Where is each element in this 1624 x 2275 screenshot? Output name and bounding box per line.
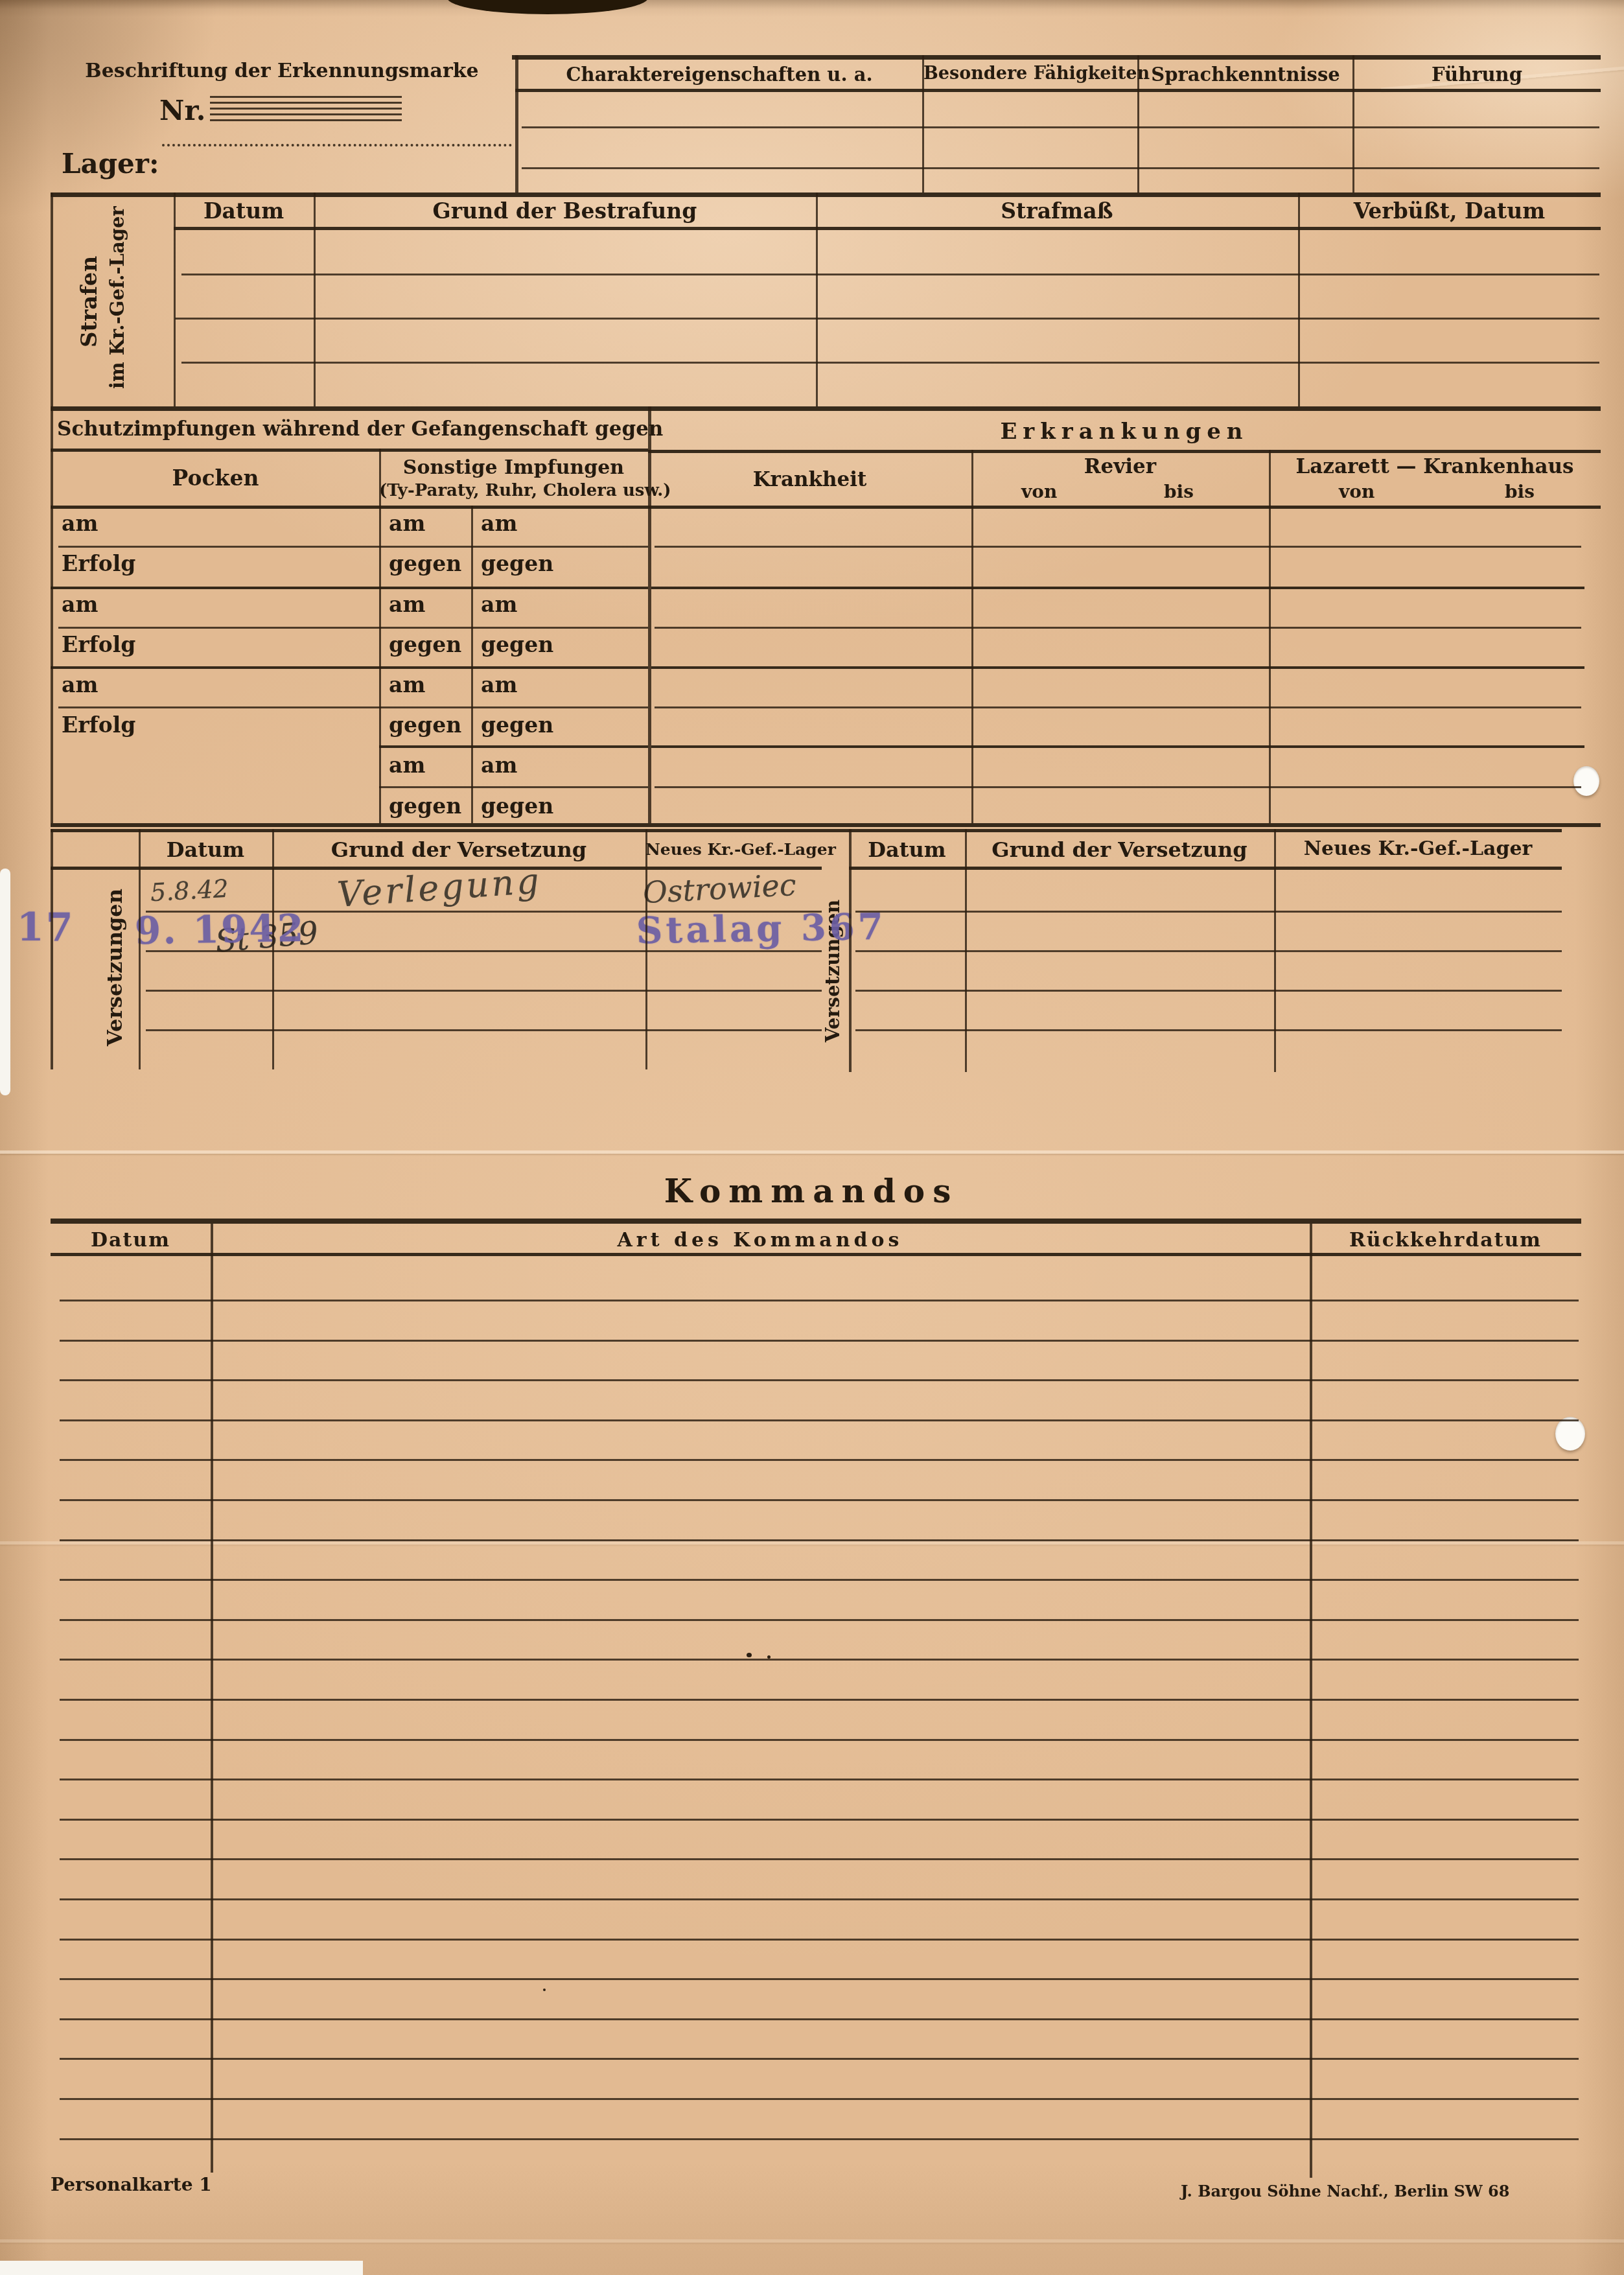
- rule-line: [51, 192, 1601, 197]
- idbox-nr-label: Nr.: [159, 95, 205, 126]
- rule-line: [655, 546, 1581, 548]
- rule-line: [60, 1939, 1579, 1941]
- rule-line: [181, 362, 1599, 364]
- rule-line: [965, 829, 967, 1072]
- vaccination-row-label: Erfolg: [62, 632, 135, 657]
- rule-line: [471, 506, 473, 823]
- rule-line: [314, 192, 316, 406]
- rule-line: [51, 867, 822, 870]
- rule-line: [60, 1699, 1579, 1701]
- vaccination-row-label: gegen: [481, 793, 553, 819]
- rule-line: [60, 1379, 1579, 1381]
- ink-speck: [543, 1989, 546, 1991]
- rule-line: [655, 786, 1581, 788]
- rule-line: [1298, 192, 1300, 406]
- rule-line: [60, 1898, 1579, 1900]
- vaccination-row-label: am: [481, 672, 517, 697]
- rule-line: [651, 587, 1584, 589]
- rule-line: [922, 55, 924, 192]
- stamp-date-rest: 9. 1942: [134, 906, 305, 953]
- kommandos-col-rueckkehr: Rückkehrdatum: [1310, 1229, 1581, 1252]
- traits-col-sprachen: Sprachkenntnisse: [1139, 64, 1352, 86]
- rule-line: [515, 55, 518, 192]
- rule-line: [211, 1224, 213, 2173]
- rule-line: [174, 227, 1601, 230]
- impfungen-col-sonstige-1: Sonstige Impfungen: [379, 456, 648, 479]
- rule-line: [58, 627, 648, 629]
- rule-line: [60, 1419, 1579, 1421]
- versetzungen-r-col-grund: Grund der Versetzung: [965, 837, 1274, 862]
- ink-speck: [747, 1653, 752, 1657]
- vaccination-row-label: am: [481, 511, 517, 536]
- traits-col-fuehrung: Führung: [1354, 64, 1600, 86]
- rule-line: [60, 1459, 1579, 1461]
- rule-line: [60, 1659, 1579, 1661]
- traits-col-faehigkeiten: Besondere Fähigkeiten: [923, 64, 1137, 84]
- rule-line: [849, 867, 1562, 870]
- rule-line: [60, 1300, 1579, 1301]
- vaccination-row-label: am: [481, 592, 517, 617]
- personalkarte-scan: Beschriftung der Erkennungsmarke Nr. Lag…: [0, 0, 1624, 2275]
- idbox-title: Beschriftung der Erkennungsmarke: [71, 60, 493, 82]
- impfungen-title: Schutzimpfungen während der Gefangenscha…: [57, 417, 640, 441]
- rule-line: [651, 745, 1584, 748]
- rule-line: [60, 1978, 1579, 1980]
- rule-line: [60, 1739, 1579, 1741]
- rule-line: [855, 990, 1562, 992]
- vaccination-row-label: am: [62, 592, 98, 617]
- rule-line: [1269, 450, 1271, 823]
- strafen-side-label: Strafen im Kr.-Gef.-Lager: [76, 214, 128, 389]
- rule-line: [522, 167, 1599, 169]
- vaccination-row-label: am: [389, 672, 425, 697]
- rule-line: [1310, 1224, 1312, 2178]
- vaccination-row-label: am: [481, 752, 517, 778]
- strafen-side-label-line1: Strafen: [76, 214, 102, 389]
- strafen-col-datum: Datum: [174, 198, 314, 224]
- scan-edge-gap: [0, 869, 10, 1095]
- vaccination-row-label: am: [389, 592, 425, 617]
- rule-line: [1137, 55, 1139, 192]
- rule-line: [855, 950, 1562, 952]
- rule-line: [379, 786, 648, 788]
- rule-line: [1352, 55, 1354, 192]
- handwriting-datum: 5.8.42: [150, 874, 229, 907]
- vaccination-row-label: gegen: [389, 551, 461, 576]
- kommandos-title: Kommandos: [649, 1172, 973, 1210]
- versetzungen-side-label-right: Versetzungen: [822, 875, 844, 1066]
- versetzungen-r-col-lager: Neues Kr.-Gef.-Lager: [1274, 837, 1562, 860]
- vaccination-row-label: gegen: [481, 712, 553, 738]
- versetzungen-l-col-datum: Datum: [139, 837, 272, 862]
- rule-line: [60, 1819, 1579, 1821]
- rule-line: [181, 274, 1599, 275]
- rule-line: [816, 192, 818, 406]
- vaccination-row-label: am: [389, 511, 425, 536]
- rule-line: [515, 89, 1601, 92]
- rule-line: [60, 1619, 1579, 1621]
- versetzungen-r-col-datum: Datum: [849, 837, 965, 862]
- erkrankungen-revier-von: von: [1021, 481, 1057, 502]
- rule-line: [58, 546, 648, 548]
- rule-line: [51, 449, 648, 452]
- rule-line: [146, 990, 822, 992]
- versetzungen-l-col-grund: Grund der Versetzung: [272, 837, 645, 862]
- footer-form-name: Personalkarte 1: [51, 2174, 212, 2195]
- rule-line: [60, 1340, 1579, 1342]
- rule-line: [51, 1219, 1581, 1224]
- rule-line: [648, 406, 651, 823]
- rule-line: [60, 1579, 1579, 1581]
- idbox-lager-label: Lager:: [62, 148, 159, 180]
- rule-line: [60, 1499, 1579, 1501]
- punch-hole: [1573, 766, 1599, 796]
- erkrankungen-title: Erkrankungen: [800, 419, 1448, 445]
- erkrankungen-lazarett-bis: bis: [1505, 481, 1535, 502]
- vaccination-row-label: Erfolg: [62, 712, 135, 738]
- erkrankungen-col-lazarett: Lazarett — Krankenhaus: [1269, 455, 1601, 478]
- rule-line: [60, 2018, 1579, 2020]
- fold-crease: [0, 2239, 1624, 2243]
- rule-line: [51, 666, 648, 669]
- rule-line: [379, 449, 381, 823]
- impfungen-col-pocken: Pocken: [52, 465, 379, 491]
- vaccination-row-label: gegen: [389, 793, 461, 819]
- rule-line: [651, 666, 1584, 669]
- kommandos-col-datum: Datum: [51, 1229, 211, 1252]
- fold-crease: [0, 1150, 1624, 1154]
- rule-line: [60, 1858, 1579, 1860]
- rule-line: [379, 745, 648, 748]
- erkrankungen-revier-bis: bis: [1164, 481, 1194, 502]
- paper-background: [0, 0, 1624, 2275]
- rule-line: [51, 192, 53, 823]
- rule-line: [175, 318, 1599, 320]
- rule-line: [51, 823, 1601, 827]
- erkrankungen-lazarett-von: von: [1339, 481, 1375, 502]
- rule-line: [58, 706, 648, 708]
- rule-line: [51, 829, 53, 1069]
- rule-line: [51, 406, 1601, 411]
- idbox-lager-line: [162, 144, 512, 146]
- vaccination-row-label: am: [62, 672, 98, 697]
- rule-line: [60, 1779, 1579, 1780]
- rule-line: [971, 450, 973, 823]
- strafen-col-strafmass: Strafmaß: [816, 198, 1298, 224]
- vaccination-row-label: am: [389, 752, 425, 778]
- rule-line: [60, 2058, 1579, 2060]
- erkrankungen-col-krankheit: Krankheit: [648, 468, 971, 491]
- fold-crease: [0, 1541, 1624, 1545]
- vaccination-row-label: am: [62, 511, 98, 536]
- rule-line: [174, 192, 176, 406]
- rule-line: [51, 1253, 1581, 1256]
- vaccination-row-label: gegen: [481, 632, 553, 657]
- rule-line: [146, 911, 822, 913]
- traits-col-charakter: Charaktereigenschaften u. a.: [518, 64, 920, 86]
- stamp-date-day: 17: [17, 905, 75, 950]
- rule-line: [655, 627, 1581, 629]
- vaccination-row-label: Erfolg: [62, 551, 135, 576]
- erkrankungen-col-revier: Revier: [971, 455, 1269, 478]
- vaccination-row-label: gegen: [389, 712, 461, 738]
- strafen-side-label-line2: im Kr.-Gef.-Lager: [106, 214, 128, 389]
- rule-line: [51, 587, 648, 589]
- idbox-nr-ruled-lines: [210, 96, 402, 122]
- rule-line: [60, 1539, 1579, 1541]
- rule-line: [522, 126, 1599, 128]
- vaccination-row-label: gegen: [389, 632, 461, 657]
- rule-line: [855, 911, 1562, 913]
- rule-line: [60, 2138, 1579, 2140]
- footer-printer: J. Bargou Söhne Nachf., Berlin SW 68: [1181, 2182, 1510, 2200]
- scan-edge-gap: [0, 2261, 363, 2275]
- rule-line: [146, 1029, 822, 1031]
- rule-line: [1274, 829, 1276, 1072]
- strafen-col-grund: Grund der Bestrafung: [314, 198, 816, 224]
- rule-line: [648, 450, 1601, 453]
- vaccination-row-label: gegen: [481, 551, 553, 576]
- versetzungen-l-col-lager: Neues Kr.-Gef.-Lager: [645, 840, 822, 859]
- kommandos-col-art: Art des Kommandos: [211, 1229, 1310, 1252]
- rule-line: [855, 1029, 1562, 1031]
- rule-line: [139, 829, 141, 1069]
- impfungen-col-sonstige-2: (Ty-Paraty, Ruhr, Cholera usw.): [379, 481, 648, 500]
- rule-line: [645, 829, 647, 1069]
- rule-line: [51, 829, 1562, 832]
- rule-line: [849, 829, 852, 1072]
- punch-hole: [1555, 1417, 1585, 1451]
- rule-line: [272, 829, 274, 1069]
- rule-line: [146, 950, 822, 952]
- strafen-col-verbuesst: Verbüßt, Datum: [1298, 198, 1601, 224]
- rule-line: [512, 55, 1601, 60]
- rule-line: [655, 706, 1581, 708]
- rule-line: [60, 2098, 1579, 2100]
- versetzungen-side-label-left: Versetzungen: [102, 872, 127, 1063]
- rule-line: [51, 506, 1601, 509]
